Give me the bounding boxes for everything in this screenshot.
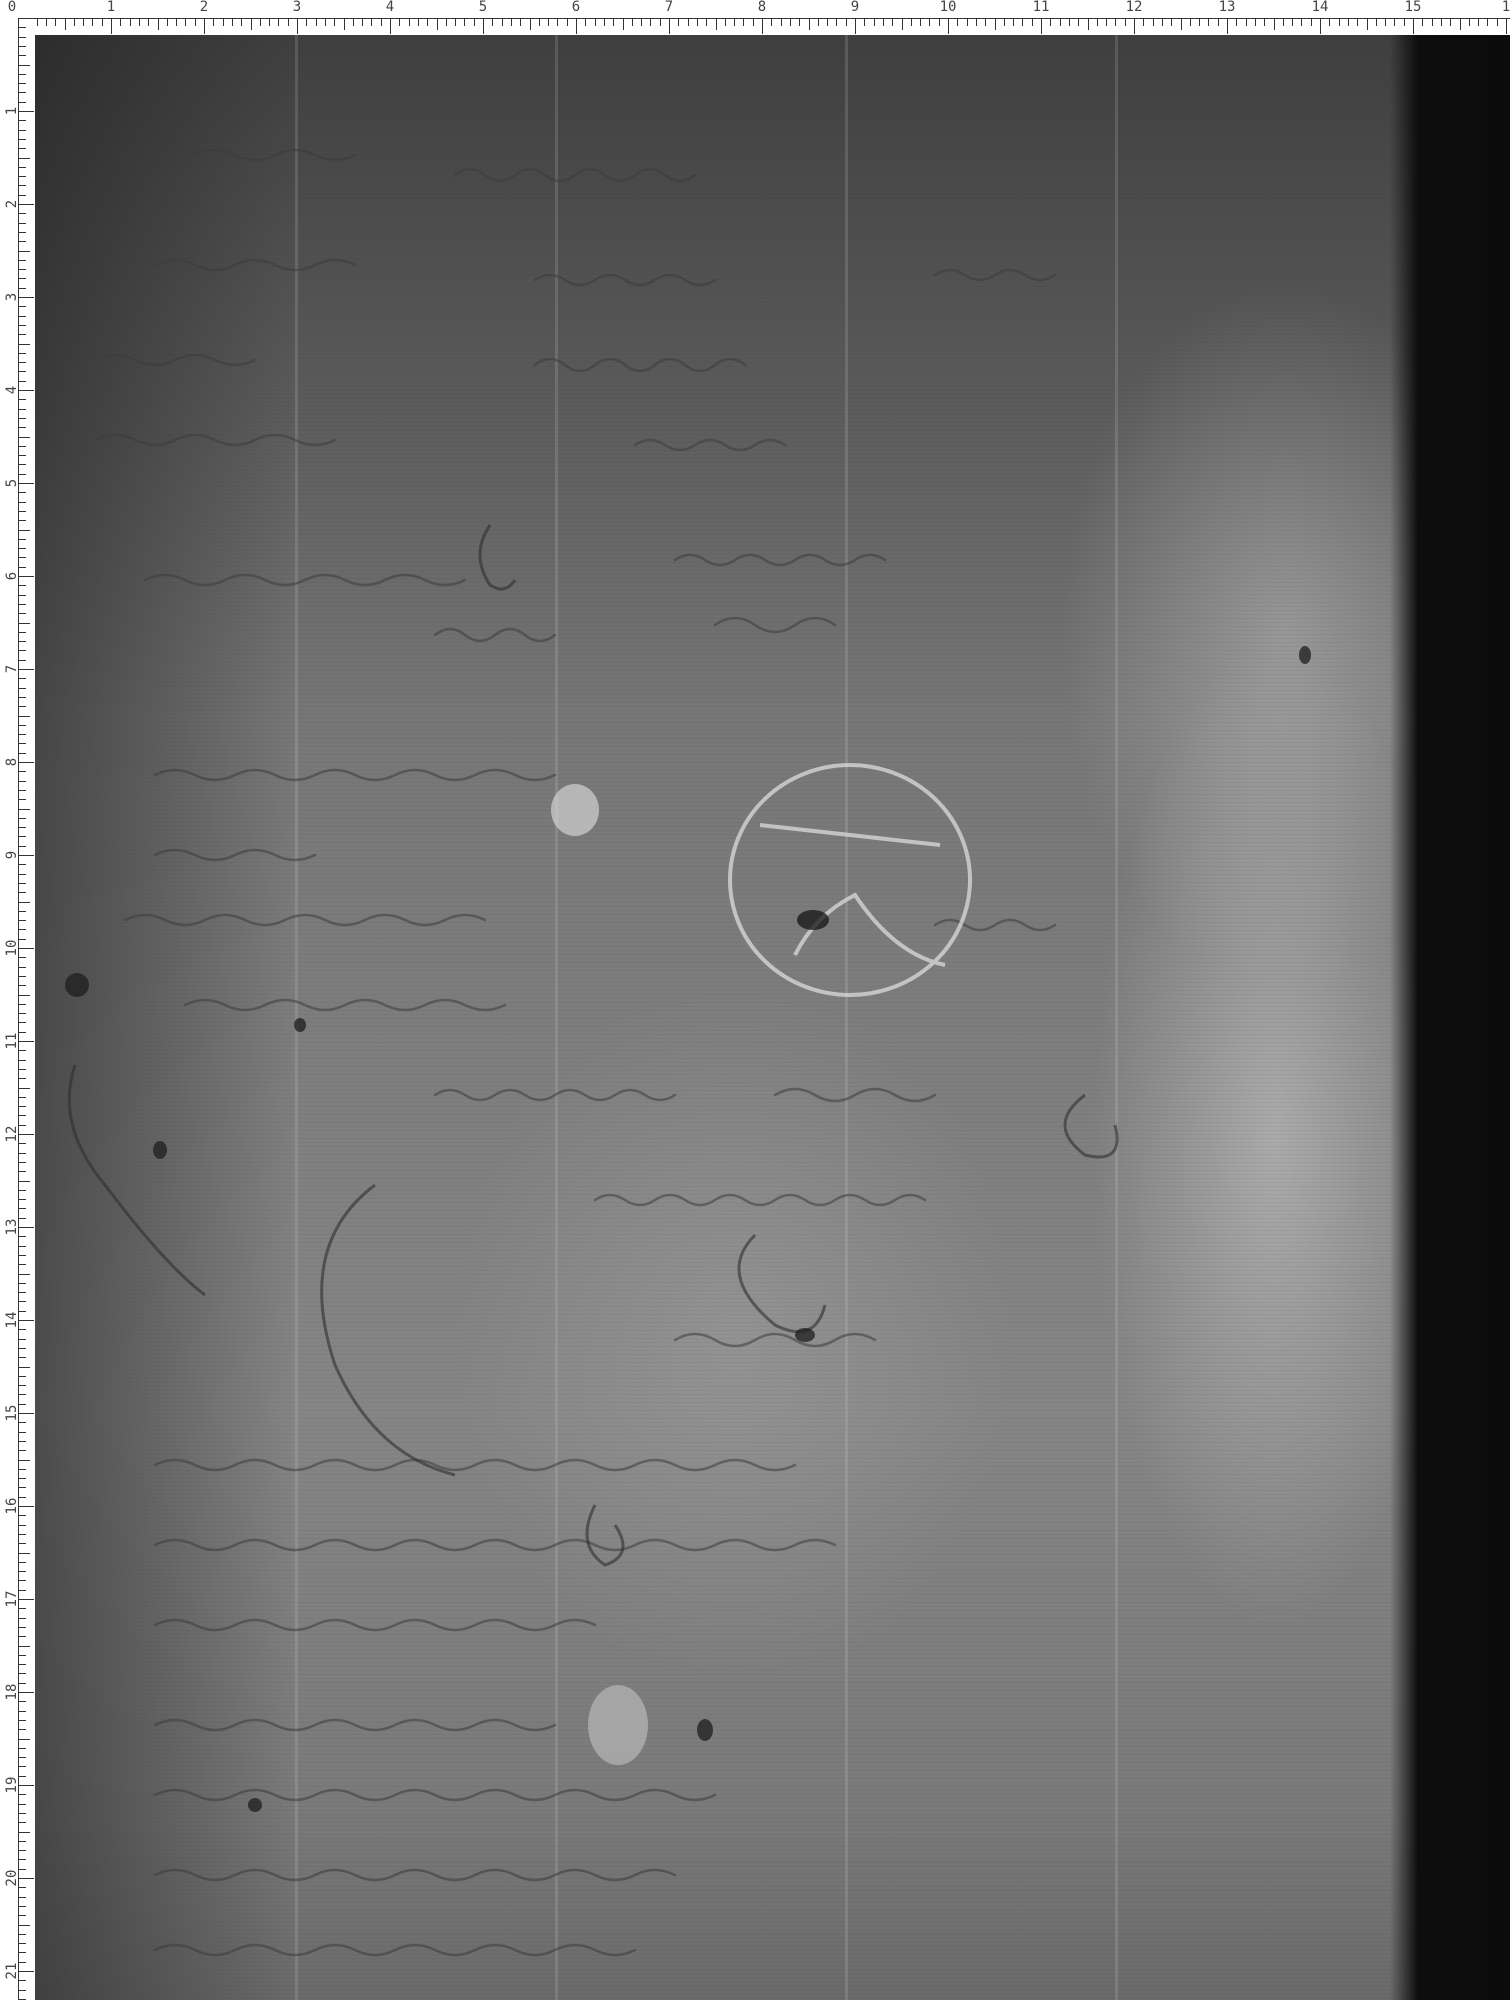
- ruler-tick: [19, 1050, 26, 1051]
- ruler-label: 3: [293, 0, 301, 14]
- ruler-label: 12: [1126, 0, 1143, 14]
- ruler-tick: [19, 1292, 26, 1293]
- ruler-tick: [1469, 19, 1470, 26]
- ruler-label: 1: [1502, 0, 1510, 14]
- ruler-tick: [19, 1562, 26, 1563]
- ruler-label: 6: [572, 0, 580, 14]
- ruler-tick: [19, 576, 34, 577]
- ruler-tick: [957, 19, 958, 26]
- ruler-tick: [19, 520, 26, 521]
- ruler-tick: [1357, 19, 1358, 26]
- ruler-label: 16: [5, 1496, 19, 1516]
- ruler-tick: [19, 260, 26, 261]
- ruler-tick: [19, 278, 26, 279]
- ruler-tick: [19, 269, 26, 270]
- ruler-tick: [19, 604, 26, 605]
- ruler-tick: [19, 1794, 26, 1795]
- ruler-label: 2: [5, 194, 19, 214]
- ruler-tick: [799, 19, 800, 26]
- ruler-tick: [19, 83, 26, 84]
- ruler-tick: [19, 1943, 26, 1944]
- ruler-tick: [19, 1813, 26, 1814]
- ruler-tick: [464, 19, 465, 26]
- ruler-tick: [260, 19, 261, 26]
- ruler-tick: [19, 1032, 26, 1033]
- ruler-tick: [660, 19, 661, 26]
- ruler-tick: [929, 19, 930, 26]
- ruler-tick: [19, 1934, 26, 1935]
- ruler-tick: [19, 725, 26, 726]
- ruler-tick: [65, 19, 66, 30]
- ruler-tick: [1041, 19, 1042, 34]
- ruler-tick: [251, 19, 252, 30]
- ruler-tick: [111, 19, 112, 34]
- ruler-tick: [623, 19, 624, 30]
- ruler-tick: [19, 1274, 30, 1275]
- ruler-tick: [19, 306, 26, 307]
- ruler-tick: [19, 1925, 30, 1926]
- ruler-tick: [902, 19, 903, 30]
- ruler-label: 12: [5, 1124, 19, 1144]
- ruler-tick: [1078, 19, 1079, 26]
- ruler-tick: [195, 19, 196, 26]
- ruler-tick: [864, 19, 865, 26]
- ruler-tick: [381, 19, 382, 26]
- ruler-tick: [19, 195, 26, 196]
- ruler-tick: [223, 19, 224, 26]
- ruler-tick: [19, 455, 26, 456]
- ruler-tick: [19, 418, 26, 419]
- ruler-tick: [19, 1832, 30, 1833]
- ruler-tick: [19, 130, 26, 131]
- ruler-tick: [855, 19, 856, 34]
- ruler-tick: [920, 19, 921, 26]
- ruler-tick: [19, 548, 26, 549]
- ruler-tick: [948, 19, 949, 34]
- ruler-tick: [19, 939, 26, 940]
- ruler-tick: [19, 464, 26, 465]
- ruler-tick: [19, 762, 34, 763]
- ruler-label: 14: [5, 1310, 19, 1330]
- ruler-tick: [19, 976, 26, 977]
- ruler-tick: [176, 19, 177, 26]
- ruler-tick: [19, 1739, 30, 1740]
- ruler-label: 11: [1033, 0, 1050, 14]
- ruler-tick: [19, 1199, 26, 1200]
- ruler-tick: [19, 139, 26, 140]
- ruler-tick: [19, 678, 26, 679]
- ruler-tick: [1478, 19, 1479, 26]
- ruler-tick: [1246, 19, 1247, 26]
- ruler-tick: [19, 185, 26, 186]
- ruler-tick: [19, 46, 26, 47]
- ruler-tick: [353, 19, 354, 26]
- ruler-tick: [19, 1748, 26, 1749]
- ruler-tick: [19, 1720, 26, 1721]
- ruler-tick: [19, 390, 34, 391]
- ruler-tick: [511, 19, 512, 26]
- ruler-tick: [1301, 19, 1302, 26]
- ruler-tick: [288, 19, 289, 26]
- ruler-tick: [19, 1822, 26, 1823]
- ruler-tick: [19, 1441, 26, 1442]
- ruler-tick: [19, 1701, 26, 1702]
- ruler-tick: [19, 1915, 26, 1916]
- ruler-tick: [632, 19, 633, 26]
- ruler-tick: [1255, 19, 1256, 26]
- ruler-tick: [1153, 19, 1154, 26]
- ruler-tick: [530, 19, 531, 30]
- ruler-tick: [19, 502, 26, 503]
- ruler-tick: [19, 688, 26, 689]
- ruler-tick: [1487, 19, 1488, 26]
- ruler-tick: [474, 19, 475, 26]
- ruler-tick: [836, 19, 837, 26]
- ruler-tick: [19, 65, 30, 66]
- ruler-tick: [19, 223, 26, 224]
- ruler-tick: [19, 1413, 34, 1414]
- ruler-label: 8: [758, 0, 766, 14]
- ruler-tick: [19, 716, 30, 717]
- ruler-tick: [37, 19, 38, 26]
- ruler-tick: [19, 799, 26, 800]
- ruler-tick: [1320, 19, 1321, 34]
- ruler-tick: [204, 19, 205, 34]
- ruler-tick: [19, 334, 26, 335]
- ruler-tick: [19, 1990, 26, 1991]
- ruler-tick: [19, 557, 26, 558]
- ruler-tick: [19, 27, 26, 28]
- ruler-tick: [19, 1729, 26, 1730]
- ruler-label: 10: [940, 0, 957, 14]
- ruler-tick: [19, 1348, 26, 1349]
- ruler-tick: [19, 483, 34, 484]
- ruler-tick: [19, 1450, 26, 1451]
- ruler-tick: [19, 1208, 26, 1209]
- ruler-tick: [1162, 19, 1163, 26]
- ruler-tick: [102, 19, 103, 26]
- ruler-tick: [502, 19, 503, 26]
- ruler-tick: [1115, 19, 1116, 26]
- ruler-tick: [19, 595, 26, 596]
- ruler-tick: [241, 19, 242, 26]
- ruler-tick: [985, 19, 986, 26]
- handwriting-traces: [35, 35, 1510, 2000]
- ruler-tick: [19, 1218, 26, 1219]
- ruler-label: 7: [665, 0, 673, 14]
- ruler-tick: [19, 734, 26, 735]
- ruler-tick: [19, 920, 26, 921]
- ruler-label: 9: [5, 845, 19, 865]
- ruler-label: 9: [851, 0, 859, 14]
- ruler-tick: [771, 19, 772, 26]
- ruler-tick: [19, 1766, 26, 1767]
- ruler-tick: [19, 1394, 26, 1395]
- ruler-tick: [19, 1264, 26, 1265]
- ruler-tick: [455, 19, 456, 26]
- ruler-tick: [19, 1181, 30, 1182]
- ruler-tick: [19, 1255, 26, 1256]
- ruler-tick: [19, 409, 26, 410]
- ruler-tick: [1004, 19, 1005, 26]
- ruler-tick: [19, 111, 34, 112]
- ruler-tick: [1060, 19, 1061, 26]
- ruler-tick: [1441, 19, 1442, 26]
- ruler-tick: [19, 37, 26, 38]
- ruler-tick: [827, 19, 828, 26]
- ruler-tick: [19, 1711, 26, 1712]
- ruler-tick: [762, 19, 763, 34]
- ruler-tick: [446, 19, 447, 26]
- ruler-tick: [418, 19, 419, 26]
- ruler-tick: [697, 19, 698, 26]
- ruler-tick: [158, 19, 159, 30]
- ruler-tick: [19, 1115, 26, 1116]
- ruler-tick: [19, 855, 34, 856]
- ruler-tick: [19, 1069, 26, 1070]
- ruler-tick: [19, 1869, 26, 1870]
- ruler-tick: [19, 650, 26, 651]
- ruler-tick: [19, 1339, 26, 1340]
- ruler-tick: [939, 19, 940, 26]
- ruler-tick: [427, 19, 428, 26]
- ruler-tick: [19, 74, 26, 75]
- ruler-tick: [269, 19, 270, 26]
- ruler-tick: [19, 539, 26, 540]
- ruler-tick: [567, 19, 568, 26]
- ruler-tick: [390, 19, 391, 34]
- ruler-label: 14: [1312, 0, 1329, 14]
- ruler-tick: [19, 1776, 26, 1777]
- ruler-tick: [19, 446, 26, 447]
- ruler-tick: [669, 19, 670, 34]
- ruler-tick: [846, 19, 847, 26]
- ruler-tick: [19, 18, 34, 19]
- ruler-label: 17: [5, 1589, 19, 1609]
- ruler-label: 0: [2, 0, 22, 14]
- ruler-tick: [19, 1841, 26, 1842]
- ruler-tick: [19, 1153, 26, 1154]
- ruler-tick: [19, 995, 30, 996]
- ruler-tick: [19, 1850, 26, 1851]
- ruler-tick: [19, 1804, 26, 1805]
- ruler-tick: [19, 1785, 34, 1786]
- ruler-tick: [734, 19, 735, 26]
- ruler-label: 15: [5, 1403, 19, 1423]
- ruler-tick: [19, 1376, 26, 1377]
- ruler-tick: [1292, 19, 1293, 26]
- ruler-tick: [399, 19, 400, 26]
- ruler-tick: [19, 1283, 26, 1284]
- ruler-tick: [19, 874, 26, 875]
- ruler-tick: [19, 1190, 26, 1191]
- ruler-label: 4: [386, 0, 394, 14]
- ruler-tick: [19, 1553, 30, 1554]
- ruler-tick: [19, 167, 26, 168]
- ruler-tick: [19, 1980, 26, 1981]
- ruler-tick: [19, 511, 26, 512]
- ruler-tick: [19, 1078, 26, 1079]
- ruler-tick: [19, 632, 26, 633]
- ruler-tick: [1236, 19, 1237, 26]
- ruler-tick: [19, 697, 26, 698]
- ruler-tick: [1264, 19, 1265, 26]
- ruler-tick: [19, 1460, 30, 1461]
- ruler-tick: [19, 911, 26, 912]
- ruler-tick: [576, 19, 577, 34]
- ruler-tick: [278, 19, 279, 26]
- ruler-tick: [297, 19, 298, 34]
- ruler-tick: [1376, 19, 1377, 26]
- ruler-tick: [790, 19, 791, 26]
- ruler-tick: [1134, 19, 1135, 34]
- ruler-tick: [1022, 19, 1023, 26]
- ruler-tick: [650, 19, 651, 26]
- ruler-tick: [613, 19, 614, 26]
- ruler-tick: [19, 1329, 26, 1330]
- ruler-tick: [185, 19, 186, 26]
- ruler-tick: [604, 19, 605, 26]
- ruler-tick: [19, 1515, 26, 1516]
- ruler-tick: [19, 1534, 26, 1535]
- ruler-tick: [19, 241, 26, 242]
- ruler-tick: [1069, 19, 1070, 26]
- ruler-tick: [725, 19, 726, 26]
- ruler-tick: [19, 771, 26, 772]
- ruler-tick: [1125, 19, 1126, 26]
- ruler-tick: [19, 316, 26, 317]
- ruler-tick: [19, 836, 26, 837]
- ruler-label: 21: [5, 1961, 19, 1981]
- ruler-label: 18: [5, 1682, 19, 1702]
- ruler-label: 3: [5, 287, 19, 307]
- ruler-tick: [19, 827, 26, 828]
- ruler-tick: [1050, 19, 1051, 26]
- ruler-tick: [316, 19, 317, 26]
- ruler-tick: [557, 19, 558, 26]
- ruler-tick: [1311, 19, 1312, 26]
- ruler-tick: [19, 1506, 34, 1507]
- ruler-tick: [19, 1962, 26, 1963]
- ruler-tick: [1227, 19, 1228, 34]
- ruler-tick: [1097, 19, 1098, 26]
- ruler-label: 5: [479, 0, 487, 14]
- ruler-tick: [1385, 19, 1386, 26]
- ruler-tick: [781, 19, 782, 26]
- ruler-tick: [19, 232, 26, 233]
- ruler-tick: [883, 19, 884, 26]
- ruler-tick: [874, 19, 875, 26]
- ruler-tick: [19, 1097, 26, 1098]
- manuscript-scan: [35, 35, 1510, 2000]
- ruler-tick: [19, 818, 26, 819]
- ruler-tick: [19, 381, 26, 382]
- ruler-tick: [167, 19, 168, 26]
- ruler-tick: [19, 706, 26, 707]
- ruler-tick: [19, 1143, 26, 1144]
- ruler-tick: [1348, 19, 1349, 26]
- ruler-tick: [19, 1599, 34, 1600]
- ruler-tick: [1171, 19, 1172, 26]
- ruler-tick: [483, 19, 484, 34]
- ruler-label: 1: [5, 101, 19, 121]
- ruler-tick: [19, 1683, 26, 1684]
- ruler-tick: [19, 371, 26, 372]
- ruler-tick: [19, 437, 30, 438]
- ruler-tick: [19, 1311, 26, 1312]
- ruler-tick: [19, 967, 26, 968]
- ruler-tick: [19, 613, 26, 614]
- ruler-tick: [1329, 19, 1330, 26]
- ruler-tick: [1450, 19, 1451, 26]
- ruler-tick: [19, 892, 26, 893]
- ruler-tick: [809, 19, 810, 30]
- ruler-tick: [743, 19, 744, 26]
- ruler-tick: [1218, 19, 1219, 26]
- ruler-tick: [19, 753, 26, 754]
- ruler-tick: [19, 353, 26, 354]
- ruler-tick: [19, 743, 26, 744]
- ruler-tick: [548, 19, 549, 26]
- ruler-tick: [19, 1367, 30, 1368]
- ruler-tick: [19, 567, 26, 568]
- ruler-tick: [19, 1952, 26, 1953]
- ruler-tick: [19, 1106, 26, 1107]
- ruler-tick: [716, 19, 717, 30]
- ruler-tick: [1432, 19, 1433, 26]
- ruler-label: 11: [5, 1031, 19, 1051]
- ruler-tick: [19, 641, 26, 642]
- ruler-tick: [1422, 19, 1423, 26]
- ruler-tick: [19, 213, 26, 214]
- ruler-tick: [1460, 19, 1461, 30]
- ruler-tick: [19, 1673, 26, 1674]
- ruler-tick: [46, 19, 47, 26]
- ruler-tick: [19, 204, 34, 205]
- ruler-tick: [19, 1878, 34, 1879]
- ruler-tick: [362, 19, 363, 26]
- ruler-tick: [55, 19, 56, 26]
- ruler-tick: [19, 1655, 26, 1656]
- ruler-tick: [19, 1618, 26, 1619]
- ruler-tick: [19, 1497, 26, 1498]
- ruler-tick: [213, 19, 214, 26]
- ruler-tick: [1394, 19, 1395, 26]
- ruler-tick: [19, 660, 26, 661]
- ruler-tick: [19, 1525, 26, 1526]
- ruler-tick: [19, 1088, 30, 1089]
- ruler-tick: [492, 19, 493, 26]
- ruler-tick: [1283, 19, 1284, 26]
- ruler-tick: [911, 19, 912, 26]
- ruler-tick: [19, 1022, 26, 1023]
- ruler-tick: [19, 176, 26, 177]
- ruler-tick: [1506, 19, 1507, 34]
- ruler-tick: [19, 120, 26, 121]
- ruler-tick: [74, 19, 75, 26]
- ruler-tick: [19, 288, 26, 289]
- ruler-tick: [19, 1422, 26, 1423]
- ruler-tick: [1274, 19, 1275, 30]
- ruler-tick: [19, 1478, 26, 1479]
- ruler-label: 13: [5, 1217, 19, 1237]
- ruler-tick: [641, 19, 642, 26]
- ruler-tick: [19, 325, 26, 326]
- ruler-tick: [1497, 19, 1498, 26]
- ruler-tick: [1339, 19, 1340, 26]
- ruler-label: 19: [5, 1775, 19, 1795]
- ruler-label: 7: [5, 659, 19, 679]
